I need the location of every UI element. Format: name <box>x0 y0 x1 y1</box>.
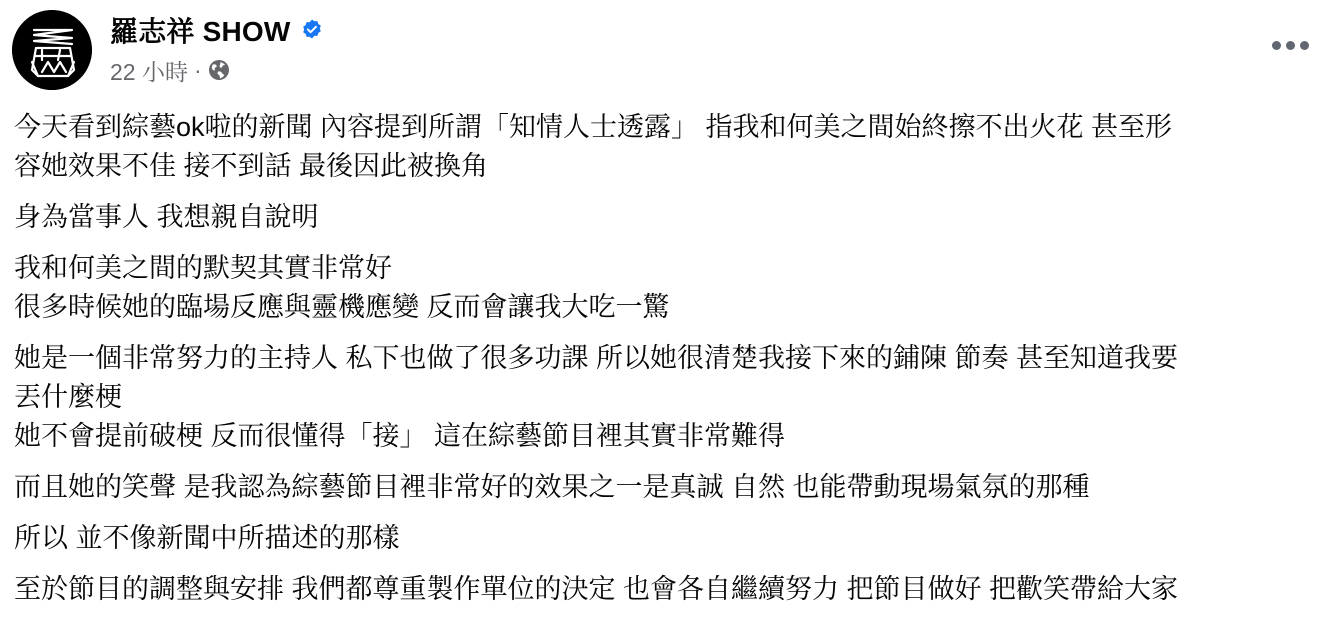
author-row: 羅志祥 SHOW <box>110 12 324 48</box>
post-paragraph: 我和何美之間的默契其實非常好 很多時候她的臨場反應與靈機應變 反而會讓我大吃一驚 <box>14 249 1324 327</box>
author-avatar[interactable] <box>12 10 92 90</box>
post-text-line: 所以 並不像新聞中所描述的那樣 <box>14 519 1324 558</box>
post-paragraph: 至於節目的調整與安排 我們都尊重製作單位的決定 也會各自繼續努力 把節目做好 把… <box>14 570 1324 609</box>
post-paragraph: 身為當事人 我想親自說明 <box>14 198 1324 237</box>
post-text-line: 身為當事人 我想親自說明 <box>14 198 1324 237</box>
author-name[interactable]: 羅志祥 SHOW <box>110 10 290 50</box>
post-text-line: 今天看到綜藝ok啦的新聞 內容提到所謂「知情人士透露」 指我和何美之間始終擦不出… <box>14 108 1324 147</box>
post-text-line: 丟什麼梗 <box>14 378 1324 417</box>
post-text-line: 容她效果不佳 接不到話 最後因此被換角 <box>14 147 1324 186</box>
post-text-line: 她是一個非常努力的主持人 私下也做了很多功課 所以她很清楚我接下來的鋪陳 節奏 … <box>14 339 1324 378</box>
post-header: 羅志祥 SHOW 22 小時 · <box>0 0 1334 100</box>
post-meta: 22 小時 · <box>110 56 230 84</box>
post-text-line: 我和何美之間的默契其實非常好 <box>14 249 1324 288</box>
more-horizontal-icon <box>1300 41 1309 50</box>
post-body: 今天看到綜藝ok啦的新聞 內容提到所謂「知情人士透露」 指我和何美之間始終擦不出… <box>14 108 1324 621</box>
post-text-line: 至於節目的調整與安排 我們都尊重製作單位的決定 也會各自繼續努力 把節目做好 把… <box>14 570 1324 609</box>
post-text-line: 她不會提前破梗 反而很懂得「接」 這在綜藝節目裡其實非常難得 <box>14 417 1324 456</box>
globe-icon[interactable] <box>208 59 230 81</box>
post-paragraph: 所以 並不像新聞中所描述的那樣 <box>14 519 1324 558</box>
post-timestamp[interactable]: 22 小時 <box>110 54 188 87</box>
meta-separator: · <box>194 57 202 84</box>
more-options-button[interactable] <box>1260 30 1320 60</box>
more-horizontal-icon <box>1272 41 1281 50</box>
post-text-line: 很多時候她的臨場反應與靈機應變 反而會讓我大吃一驚 <box>14 288 1324 327</box>
more-horizontal-icon <box>1286 41 1295 50</box>
clapperboard-logo-icon <box>12 10 92 90</box>
verified-badge-icon <box>300 18 324 42</box>
post-paragraph: 而且她的笑聲 是我認為綜藝節目裡非常好的效果之一是真誠 自然 也能帶動現場氣氛的… <box>14 468 1324 507</box>
post-paragraph: 今天看到綜藝ok啦的新聞 內容提到所謂「知情人士透露」 指我和何美之間始終擦不出… <box>14 108 1324 186</box>
post-paragraph: 她是一個非常努力的主持人 私下也做了很多功課 所以她很清楚我接下來的鋪陳 節奏 … <box>14 339 1324 456</box>
post-text-line: 而且她的笑聲 是我認為綜藝節目裡非常好的效果之一是真誠 自然 也能帶動現場氣氛的… <box>14 468 1324 507</box>
